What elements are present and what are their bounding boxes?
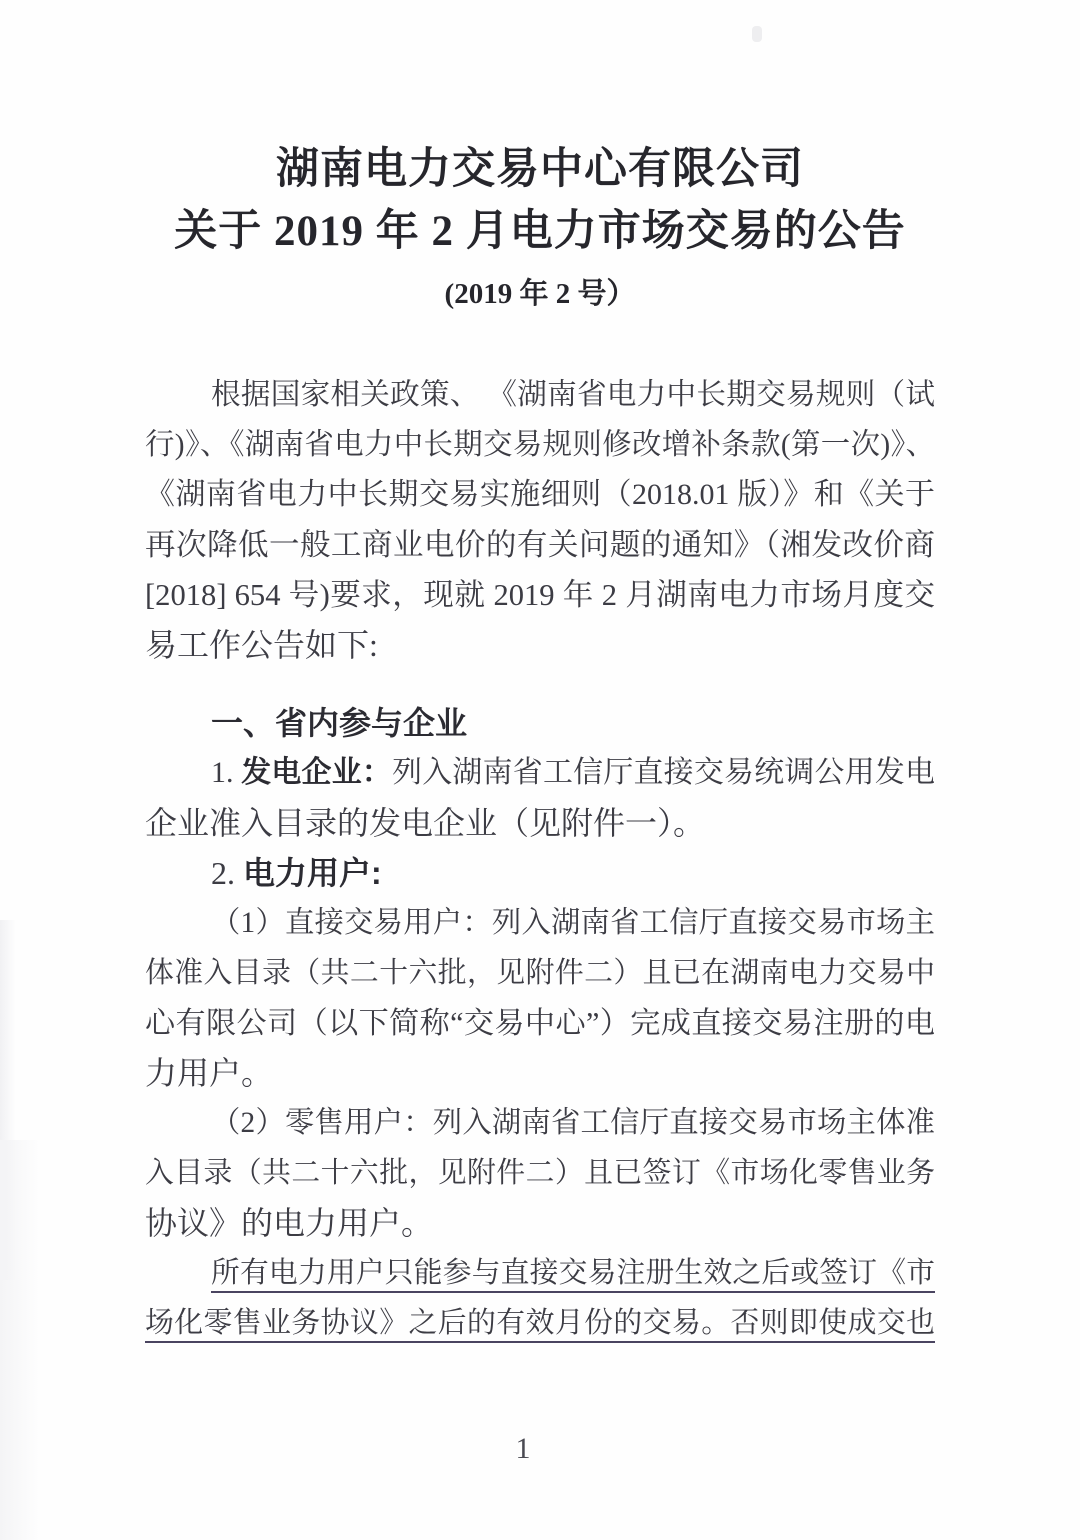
- text-line: 协议》的电力用户。: [145, 1198, 935, 1248]
- text-segment: （1）直接交易用户：列入湖南省工信厅直接交易市场主: [211, 907, 935, 939]
- text-segment: 根据国家相关政策、 《湖南省电力中长期交易规则（试: [211, 379, 935, 411]
- scan-artifact-bottom-left: [0, 1140, 40, 1540]
- paragraph: （2）零售用户：列入湖南省工信厅直接交易市场主体准入目录（共二十六批，见附件二）…: [145, 1098, 935, 1248]
- text-line: 力用户。: [145, 1048, 935, 1098]
- text-line: （1）直接交易用户：列入湖南省工信厅直接交易市场主: [145, 898, 935, 948]
- text-line: 场化零售业务协议》之后的有效月份的交易。否则即使成交也: [145, 1298, 935, 1348]
- paragraph: 所有电力用户只能参与直接交易注册生效之后或签订《市场化零售业务协议》之后的有效月…: [145, 1248, 935, 1348]
- text-line: 入目录（共二十六批，见附件二）且已签订《市场化零售业务: [145, 1148, 935, 1198]
- text-segment: 协议》的电力用户。: [145, 1205, 433, 1241]
- text-segment: 企业准入目录的发电企业（见附件一）。: [145, 805, 705, 841]
- paragraph: （1）直接交易用户：列入湖南省工信厅直接交易市场主体准入目录（共二十六批，见附件…: [145, 898, 935, 1098]
- text-line: 企业准入目录的发电企业（见附件一）。: [145, 798, 935, 848]
- text-line: 《湖南省电力中长期交易实施细则（2018.01 版）》和《关于: [145, 470, 935, 520]
- text-segment: （2）零售用户：列入湖南省工信厅直接交易市场主体准: [211, 1107, 935, 1139]
- text-line: 再次降低一般工商业电价的有关问题的通知》（湘发改价商: [145, 520, 935, 570]
- text-segment: 再次降低一般工商业电价的有关问题的通知》（湘发改价商: [145, 528, 935, 562]
- bold-label: 发电企业：: [241, 756, 392, 789]
- text-segment: 体准入目录（共二十六批，见附件二）且已在湖南电力交易中: [145, 957, 935, 989]
- text-line: 根据国家相关政策、 《湖南省电力中长期交易规则（试: [145, 370, 935, 420]
- text-segment: 力用户。: [145, 1055, 273, 1091]
- paragraph: 2. 电力用户:: [145, 848, 935, 898]
- document-body: 根据国家相关政策、 《湖南省电力中长期交易规则（试行)》、《湖南省电力中长期交易…: [145, 370, 935, 1348]
- text-line: 1. 发电企业：列入湖南省工信厅直接交易统调公用发电: [145, 748, 935, 798]
- text-line: 体准入目录（共二十六批，见附件二）且已在湖南电力交易中: [145, 948, 935, 998]
- text-line: 行)》、《湖南省电力中长期交易规则修改增补条款(第一次)》、: [145, 420, 935, 470]
- document-title-line2: 关于 2019 年 2 月电力市场交易的公告: [0, 200, 1080, 264]
- bold-label: 一、省内参与企业: [211, 705, 467, 741]
- page-number: 1: [0, 1432, 1046, 1466]
- text-line: 一、省内参与企业: [145, 698, 935, 748]
- section-heading: 一、省内参与企业: [145, 698, 935, 748]
- paragraph: 1. 发电企业：列入湖南省工信厅直接交易统调公用发电企业准入目录的发电企业（见附…: [145, 748, 935, 848]
- paragraph: 根据国家相关政策、 《湖南省电力中长期交易规则（试行)》、《湖南省电力中长期交易…: [145, 370, 935, 670]
- text-segment: 1.: [211, 756, 241, 789]
- text-line: 所有电力用户只能参与直接交易注册生效之后或签订《市: [145, 1248, 935, 1298]
- text-segment: 心有限公司（以下简称“交易中心”）完成直接交易注册的电: [145, 1006, 935, 1040]
- text-segment: 2.: [211, 855, 243, 891]
- text-segment: 场化零售业务协议》之后的有效月份的交易。否则即使成交也: [145, 1307, 935, 1339]
- scan-artifact-left-streak: [0, 920, 16, 1280]
- text-segment: [2018] 654 号)要求，现就 2019 年 2 月湖南电力市场月度交: [145, 578, 935, 612]
- text-segment: 入目录（共二十六批，见附件二）且已签订《市场化零售业务: [145, 1157, 935, 1189]
- document-page: 湖南电力交易中心有限公司 关于 2019 年 2 月电力市场交易的公告 (201…: [0, 0, 1080, 1540]
- text-line: [2018] 654 号)要求，现就 2019 年 2 月湖南电力市场月度交: [145, 570, 935, 620]
- document-number: (2019 年 2 号）: [0, 272, 1080, 316]
- document-header: 湖南电力交易中心有限公司 关于 2019 年 2 月电力市场交易的公告 (201…: [0, 0, 1080, 316]
- text-line: 心有限公司（以下简称“交易中心”）完成直接交易注册的电: [145, 998, 935, 1048]
- text-segment: 行)》、《湖南省电力中长期交易规则修改增补条款(第一次)》、: [145, 429, 935, 461]
- document-title-line1: 湖南电力交易中心有限公司: [0, 140, 1080, 200]
- text-segment: 《湖南省电力中长期交易实施细则（2018.01 版）》和《关于: [145, 478, 935, 511]
- text-line: 2. 电力用户:: [145, 848, 935, 898]
- text-segment: 易工作公告如下:: [145, 627, 378, 663]
- bold-label: 电力用户:: [243, 855, 382, 891]
- text-segment: 列入湖南省工信厅直接交易统调公用发电: [392, 756, 935, 789]
- text-segment: 所有电力用户只能参与直接交易注册生效之后或签订《市: [211, 1257, 935, 1289]
- text-line: 易工作公告如下:: [145, 620, 935, 670]
- text-line: （2）零售用户：列入湖南省工信厅直接交易市场主体准: [145, 1098, 935, 1148]
